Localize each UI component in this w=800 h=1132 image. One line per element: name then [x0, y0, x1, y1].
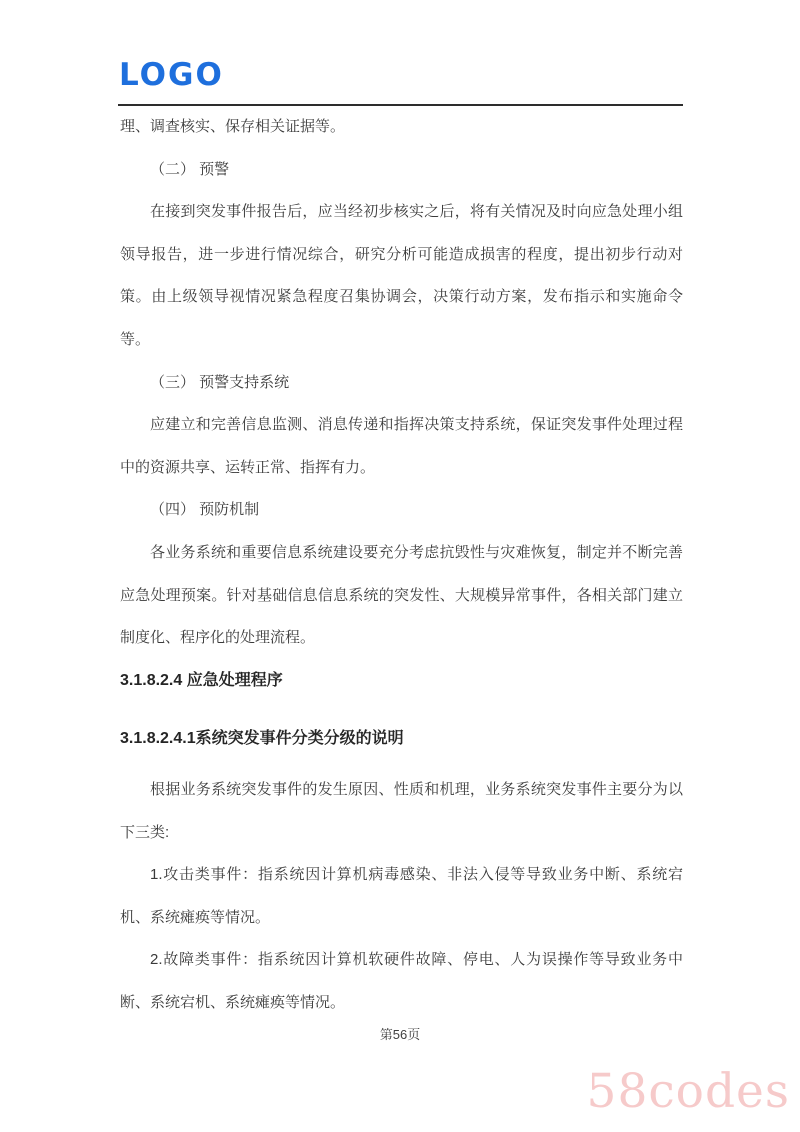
numbered-subheading: 3.1.8.2.4.1系统突发事件分类分级的说明 [120, 718, 683, 761]
numbered-heading: 3.1.8.2.4 应急处理程序 [120, 660, 683, 703]
paragraph: 根据业务系统突发事件的发生原因、性质和机理，业务系统突发事件主要分为以下三类: [120, 769, 683, 854]
section-label: （二） 预警 [120, 149, 683, 192]
paragraph: 应建立和完善信息监测、消息传递和指挥决策支持系统，保证突发事件处理过程中的资源共… [120, 404, 683, 489]
section-label: （三） 预警支持系统 [120, 362, 683, 405]
paragraph: 在接到突发事件报告后，应当经初步核实之后，将有关情况及时向应急处理小组领导报告，… [120, 191, 683, 361]
list-item: 1.攻击类事件：指系统因计算机病毒感染、非法入侵等导致业务中断、系统宕机、系统瘫… [120, 854, 683, 939]
document-body: 理、调查核实、保存相关证据等。 （二） 预警 在接到突发事件报告后，应当经初步核… [120, 106, 683, 1024]
paragraph: 理、调查核实、保存相关证据等。 [120, 106, 683, 149]
paragraph: 各业务系统和重要信息系统建设要充分考虑抗毁性与灾难恢复，制定并不断完善应急处理预… [120, 532, 683, 660]
company-logo: LOGO [119, 60, 224, 91]
watermark: 58codes [587, 1068, 790, 1115]
page-number: 第56页 [0, 1027, 800, 1043]
document-page: LOGO 理、调查核实、保存相关证据等。 （二） 预警 在接到突发事件报告后，应… [0, 0, 800, 1132]
list-item: 2.故障类事件：指系统因计算机软硬件故障、停电、人为误操作等导致业务中断、系统宕… [120, 939, 683, 1024]
section-label: （四） 预防机制 [120, 489, 683, 532]
